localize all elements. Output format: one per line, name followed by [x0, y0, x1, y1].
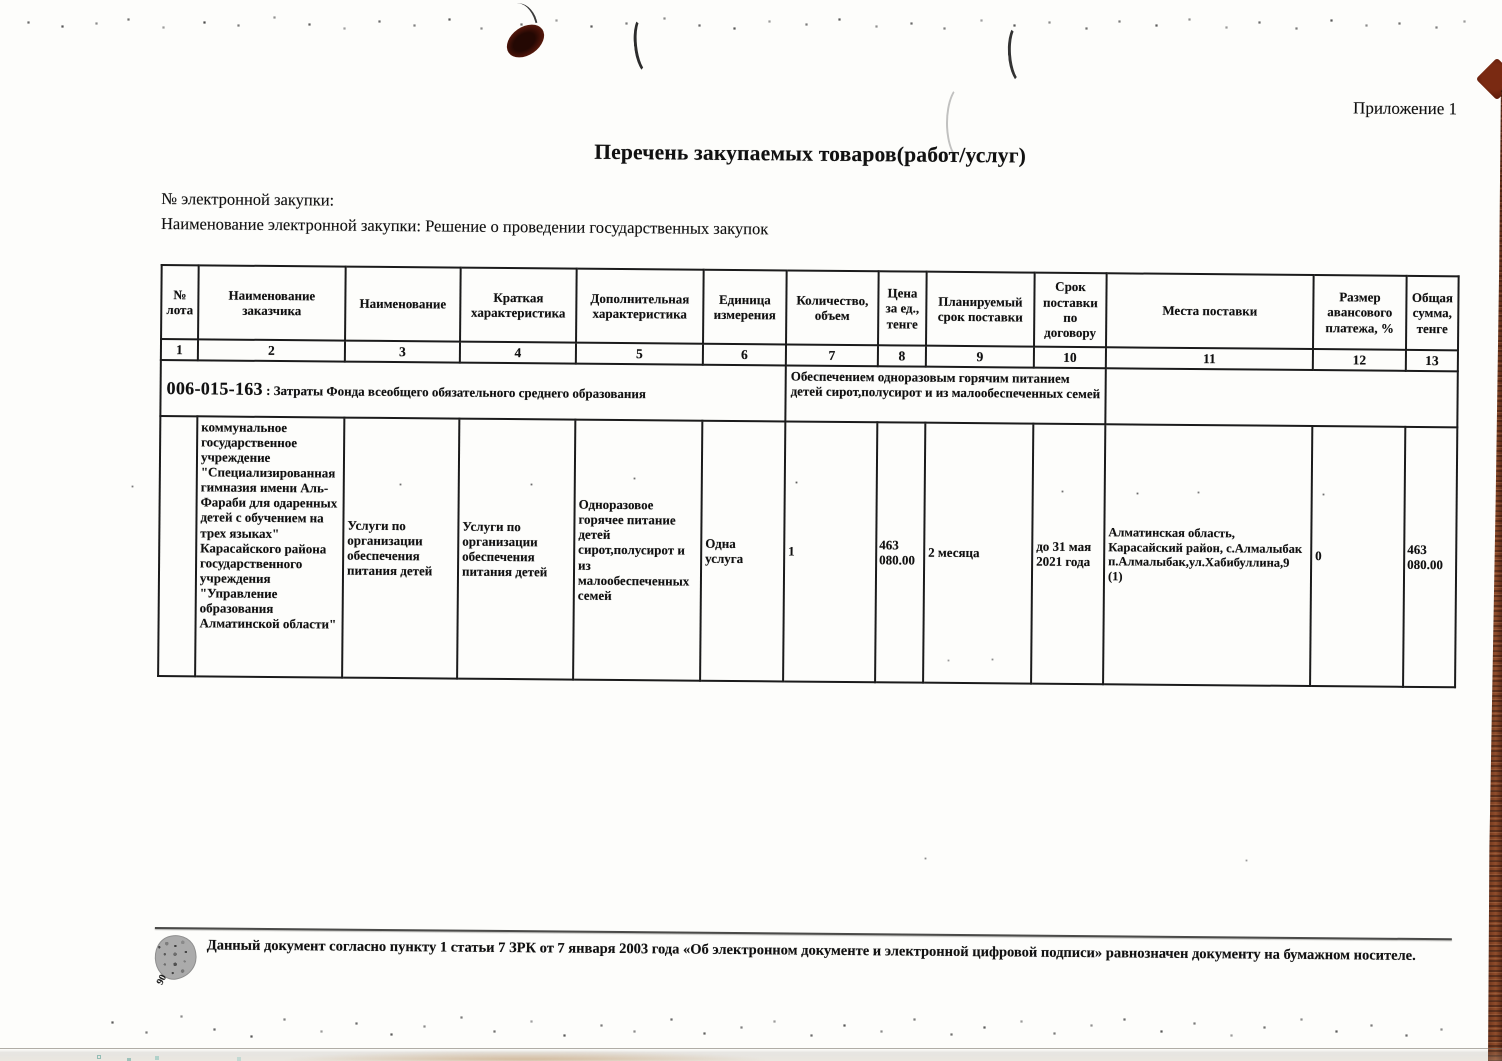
document-title: Перечень закупаемых товаров(работ/услуг) [162, 136, 1459, 172]
appendix-label: Приложение 1 [162, 88, 1459, 119]
cell-lot-no [158, 416, 197, 676]
cell-name: Услуги по организации обеспечения питани… [342, 418, 459, 679]
column-number: 3 [345, 341, 460, 363]
cell-additional-description: Одноразовое горячее питание детей сирот,… [573, 420, 702, 681]
seal-handwritten-mark: 90 [155, 973, 169, 987]
column-header-additional: Дополнительная характеристика [576, 269, 704, 344]
red-ink-mark [1476, 58, 1502, 100]
cell-contract-term: до 31 мая 2021 года [1031, 424, 1105, 685]
bottom-scan-smudge [285, 1051, 765, 1061]
cell-total-amount: 463 080.00 [1403, 427, 1457, 687]
column-header-unit: Единица измерения [703, 270, 787, 345]
column-header-quantity: Количество, объем [786, 270, 879, 345]
cell-quantity: 1 [783, 421, 877, 682]
cell-customer: коммунальное государственное учреждение … [195, 416, 344, 677]
stamp-seal-icon: 90 [151, 931, 201, 982]
cell-delivery-places: Алматинская область, Карасайский район, … [1103, 424, 1312, 686]
cell-planned-term: 2 месяца [923, 423, 1033, 684]
table-row: коммунальное государственное учреждение … [158, 416, 1457, 687]
column-number: 8 [878, 345, 926, 366]
lot-title-cell: 006-015-163 : Затраты Фонда всеобщего об… [160, 360, 785, 421]
column-header-planned-term: Планируемый срок поставки [926, 272, 1035, 347]
cell-brief-description: Услуги по организации обеспечения питани… [457, 419, 575, 680]
scan-noise-stray [0, 0, 1, 1]
bottom-scan-specks [98, 1056, 100, 1058]
column-number: 4 [460, 342, 576, 364]
footer: 90 Данный документ согласно пункту 1 ста… [154, 927, 1451, 990]
column-number: 12 [1313, 349, 1406, 371]
column-number: 11 [1106, 347, 1313, 370]
column-header-places: Места поставки [1106, 273, 1314, 349]
table-header-row: № лота Наименование заказчика Наименован… [161, 265, 1459, 350]
column-header-total: Общая сумма, тенге [1406, 276, 1459, 350]
column-header-advance: Размер авансового платежа, % [1313, 275, 1407, 350]
lot-description-cell: Обеспечением одноразовым горячим питание… [785, 365, 1105, 424]
procurement-table: № лота Наименование заказчика Наименован… [157, 264, 1460, 688]
column-header-price: Цена за ед., тенге [878, 271, 927, 345]
column-header-customer: Наименование заказчика [198, 265, 346, 340]
column-number: 13 [1406, 350, 1458, 371]
column-header-brief: Краткая характеристика [460, 268, 577, 343]
cell-unit: Одна услуга [700, 421, 785, 682]
column-number: 6 [703, 344, 786, 366]
purchase-name-line: Наименование электронной закупки: Решени… [161, 214, 1458, 245]
lot-title-text: : Затраты Фонда всеобщего обязательного … [266, 382, 646, 400]
lot-empty-cell [1105, 368, 1457, 427]
lot-number: 006-015-163 [167, 378, 263, 399]
column-number: 9 [926, 346, 1034, 368]
page-binding-strip [1488, 90, 1502, 1061]
column-number: 7 [786, 344, 878, 366]
column-number: 10 [1034, 347, 1106, 369]
column-header-name: Наименование [345, 267, 461, 342]
document-page: Приложение 1 Перечень закупаемых товаров… [154, 0, 1459, 990]
cell-advance-payment: 0 [1310, 426, 1405, 687]
column-number: 1 [161, 339, 198, 360]
column-number: 2 [198, 339, 345, 361]
column-header-contract-term: Срок поставки по договору [1034, 273, 1107, 348]
column-header-lot-no: № лота [161, 265, 199, 339]
cell-price-per-unit: 463 080.00 [875, 422, 925, 682]
column-number: 5 [576, 343, 703, 365]
